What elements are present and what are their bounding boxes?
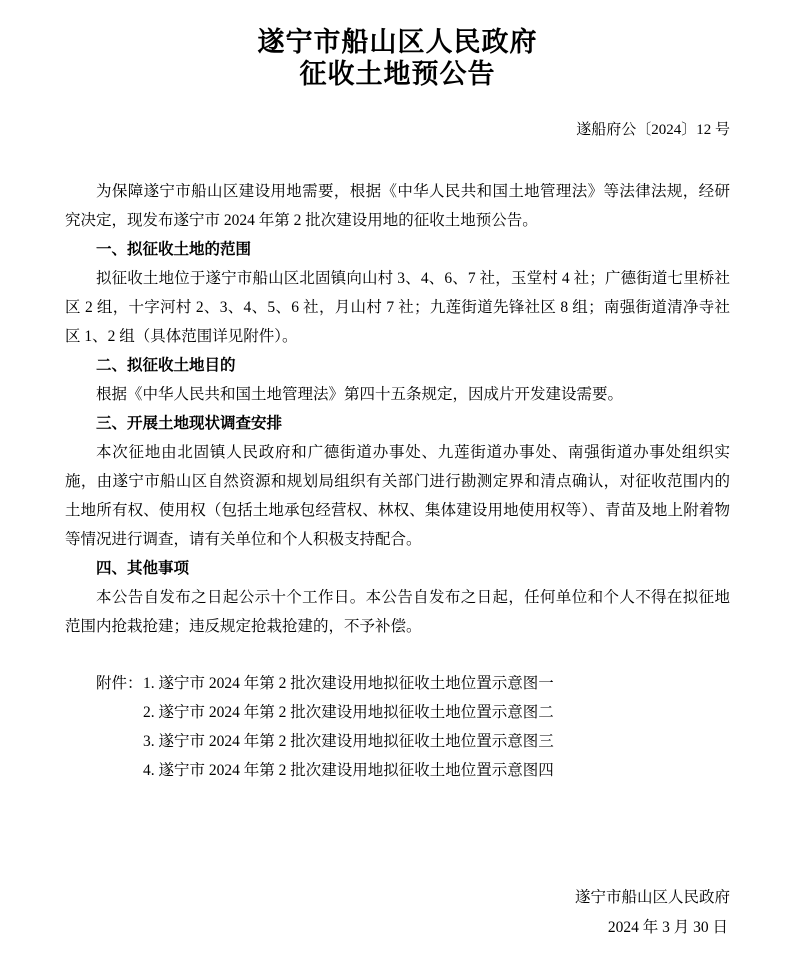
attachment-item-3: 3. 遂宁市 2024 年第 2 批次建设用地拟征收土地位置示意图三	[143, 727, 730, 756]
attachment-item-1: 1. 遂宁市 2024 年第 2 批次建设用地拟征收土地位置示意图一	[143, 669, 730, 698]
document-footer: 遂宁市船山区人民政府 2024 年 3 月 30 日	[575, 883, 730, 943]
section-3-body: 本次征地由北固镇人民政府和广德街道办事处、九莲街道办事处、南强街道办事处组织实施…	[65, 438, 730, 554]
attachments-list: 1. 遂宁市 2024 年第 2 批次建设用地拟征收土地位置示意图一 2. 遂宁…	[143, 669, 730, 785]
section-4-body: 本公告自发布之日起公示十个工作日。本公告自发布之日起，任何单位和个人不得在拟征地…	[65, 583, 730, 641]
attachments-label: 附件：	[96, 669, 143, 698]
attachments-block: 附件： 1. 遂宁市 2024 年第 2 批次建设用地拟征收土地位置示意图一 2…	[65, 669, 730, 785]
document-title-line-1: 遂宁市船山区人民政府	[65, 26, 730, 58]
section-2-body: 根据《中华人民共和国土地管理法》第四十五条规定，因成片开发建设需要。	[65, 380, 730, 409]
document-number: 遂船府公〔2024〕12 号	[65, 120, 730, 140]
section-2-heading: 二、拟征收土地目的	[65, 351, 730, 380]
document-body: 为保障遂宁市船山区建设用地需要，根据《中华人民共和国土地管理法》等法律法规，经研…	[65, 177, 730, 641]
section-3-heading: 三、开展土地现状调查安排	[65, 409, 730, 438]
section-4-heading: 四、其他事项	[65, 554, 730, 583]
document-title-line-2: 征收土地预公告	[65, 58, 730, 90]
section-1-heading: 一、拟征收土地的范围	[65, 235, 730, 264]
announcement-page: 遂宁市船山区人民政府 征收土地预公告 遂船府公〔2024〕12 号 为保障遂宁市…	[0, 0, 796, 961]
issue-date: 2024 年 3 月 30 日	[575, 913, 730, 943]
issuing-authority: 遂宁市船山区人民政府	[575, 883, 730, 913]
attachment-item-4: 4. 遂宁市 2024 年第 2 批次建设用地拟征收土地位置示意图四	[143, 756, 730, 785]
attachment-item-2: 2. 遂宁市 2024 年第 2 批次建设用地拟征收土地位置示意图二	[143, 698, 730, 727]
section-1-body: 拟征收土地位于遂宁市船山区北固镇向山村 3、4、6、7 社，玉堂村 4 社；广德…	[65, 264, 730, 351]
document-title: 遂宁市船山区人民政府 征收土地预公告	[65, 26, 730, 90]
intro-paragraph: 为保障遂宁市船山区建设用地需要，根据《中华人民共和国土地管理法》等法律法规，经研…	[65, 177, 730, 235]
